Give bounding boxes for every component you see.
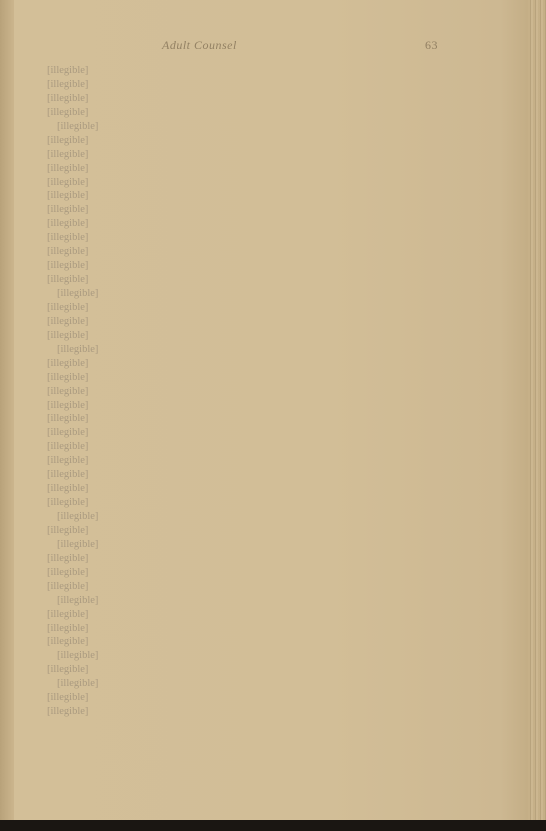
text-line: [illegible] (47, 691, 427, 705)
text-line: [illegible] (47, 454, 427, 468)
text-line: [illegible] (47, 399, 427, 413)
text-line: [illegible] (47, 148, 427, 162)
page-fore-edge (528, 0, 546, 820)
paragraph: [illegible][illegible][illegible] (47, 677, 427, 719)
text-line: [illegible] (47, 524, 275, 538)
text-line: [illegible] (47, 677, 427, 691)
paragraph: [illegible][illegible][illegible][illegi… (47, 120, 427, 287)
text-line: [illegible] (47, 385, 427, 399)
text-line: [illegible] (47, 357, 427, 371)
text-line: [illegible] (47, 92, 427, 106)
text-line: [illegible] (47, 329, 275, 343)
paragraph: [illegible][illegible][illegible][illegi… (47, 64, 427, 120)
text-line: [illegible] (47, 468, 427, 482)
paragraph: [illegible][illegible][illegible][illegi… (47, 287, 427, 343)
paragraph: [illegible][illegible][illegible][illegi… (47, 343, 427, 510)
text-line: [illegible] (47, 622, 427, 636)
body-text: [illegible][illegible][illegible][illegi… (47, 64, 427, 719)
text-line: [illegible] (47, 259, 427, 273)
text-line: [illegible] (47, 162, 427, 176)
text-line: [illegible] (47, 217, 427, 231)
scan-bottom-edge (0, 820, 546, 831)
text-line: [illegible] (47, 273, 275, 287)
page-number: 63 (425, 38, 438, 53)
text-line: [illegible] (47, 343, 427, 357)
text-line: [illegible] (47, 78, 427, 92)
text-line: [illegible] (47, 538, 427, 552)
text-line: [illegible] (47, 440, 427, 454)
text-line: [illegible] (47, 412, 427, 426)
text-line: [illegible] (47, 552, 427, 566)
paragraph: [illegible][illegible][illegible][illegi… (47, 594, 427, 650)
text-line: [illegible] (47, 371, 427, 385)
text-line: [illegible] (47, 176, 427, 190)
text-line: [illegible] (47, 663, 275, 677)
page-header: Adult Counsel 63 (50, 38, 438, 54)
text-line: [illegible] (47, 649, 427, 663)
text-line: [illegible] (47, 635, 275, 649)
paragraph: [illegible][illegible] (47, 510, 427, 538)
text-line: [illegible] (47, 203, 427, 217)
text-line: [illegible] (47, 705, 427, 719)
text-line: [illegible] (47, 134, 427, 148)
paragraph: [illegible][illegible] (47, 649, 427, 677)
text-line: [illegible] (47, 510, 427, 524)
text-line: [illegible] (47, 287, 427, 301)
text-line: [illegible] (47, 120, 427, 134)
text-line: [illegible] (47, 231, 427, 245)
text-line: [illegible] (47, 315, 427, 329)
text-line: [illegible] (47, 580, 275, 594)
text-line: [illegible] (47, 608, 427, 622)
text-line: [illegible] (47, 426, 427, 440)
text-line: [illegible] (47, 301, 427, 315)
text-line: [illegible] (47, 106, 427, 120)
text-line: [illegible] (47, 482, 427, 496)
book-page: Adult Counsel 63 [illegible][illegible][… (0, 0, 546, 820)
text-line: [illegible] (47, 245, 427, 259)
running-head: Adult Counsel (162, 38, 237, 53)
text-line: [illegible] (47, 566, 427, 580)
paragraph: [illegible][illegible][illegible][illegi… (47, 538, 427, 594)
text-line: [illegible] (47, 64, 427, 78)
text-line: [illegible] (47, 189, 427, 203)
text-line: [illegible] (47, 496, 275, 510)
text-line: [illegible] (47, 594, 427, 608)
page-gutter-shadow (0, 0, 14, 820)
